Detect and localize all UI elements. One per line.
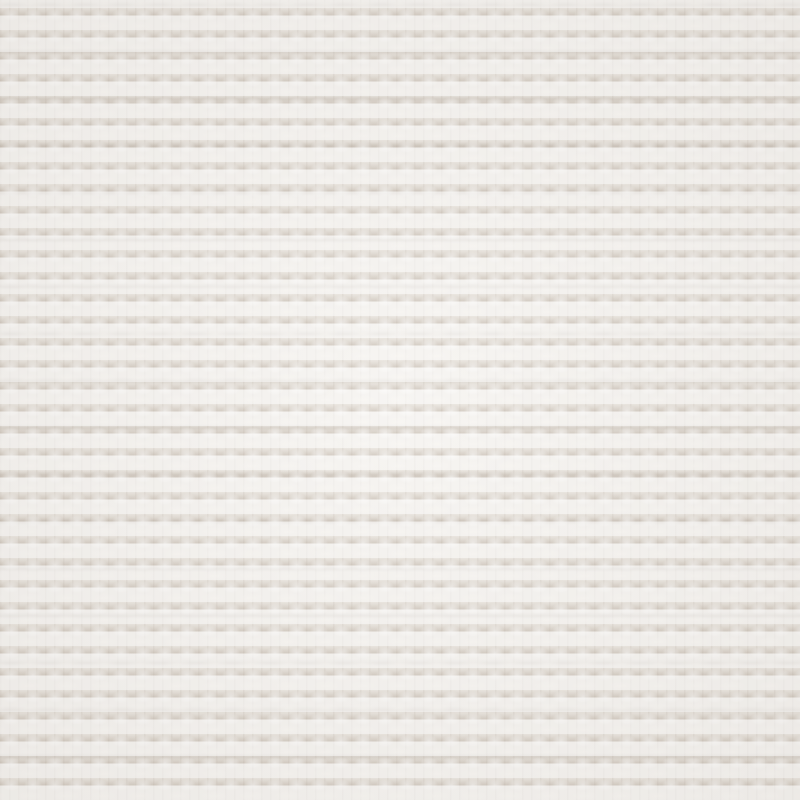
fabric-texture-image [0,0,800,800]
lighting-overlay [0,0,800,800]
